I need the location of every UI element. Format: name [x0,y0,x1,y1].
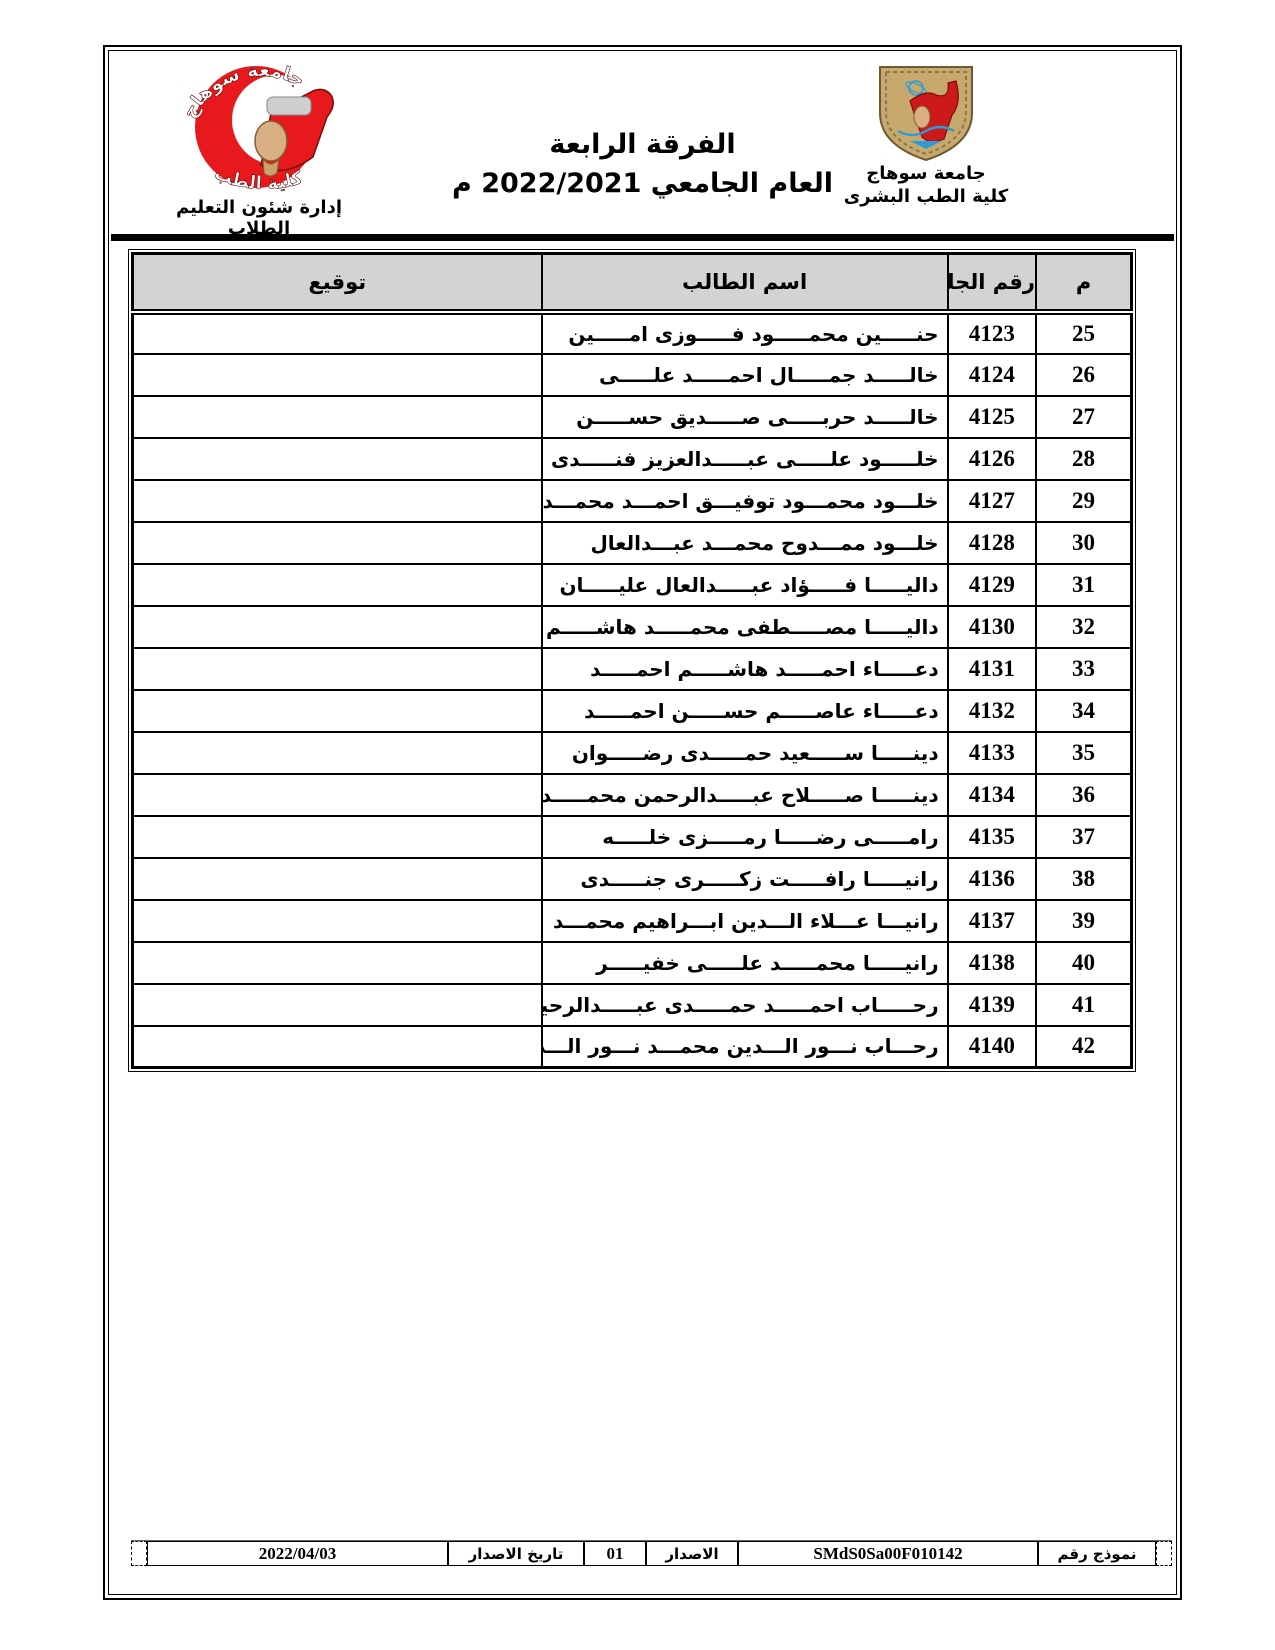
signature-cell [133,396,542,438]
signature-cell [133,690,542,732]
column-header-seat-number: رقم الجلوس [948,254,1036,312]
seat-number: 4133 [948,732,1036,774]
issue-label: الاصدار [646,1541,738,1566]
issue-date-label: تاريخ الاصدار [448,1541,584,1566]
table-row: 36 4134 دينـــــا صـــــلاح عبـــــدالرح… [133,774,1132,816]
table-row: 25 4123 حنـــــين محمـــــود فـــــوزى ا… [133,312,1132,354]
table-row: 35 4133 دينـــــا ســـــعيد حمـــــدى رض… [133,732,1132,774]
table-row: 42 4140 رحـــاب نـــور الـــدين محمـــد … [133,1026,1132,1068]
seat-number: 4137 [948,900,1036,942]
student-name: دينـــــا صـــــلاح عبـــــدالرحمن محمــ… [542,774,948,816]
seat-number: 4136 [948,858,1036,900]
row-index: 26 [1036,354,1131,396]
row-index: 35 [1036,732,1131,774]
department-caption: إدارة شئون التعليم الطلاب [149,197,369,239]
student-name: دعـــــاء عاصـــــم حســـــن احمـــــد [542,690,948,732]
table-row: 39 4137 رانيـــا عـــلاء الـــدين ابـــر… [133,900,1132,942]
row-index: 34 [1036,690,1131,732]
seat-number: 4140 [948,1026,1036,1068]
table-row: 29 4127 خلـــود محمـــود توفيـــق احمـــ… [133,480,1132,522]
row-index: 31 [1036,564,1131,606]
student-name: خالـــــد حربـــــى صـــــديق حســـــن [542,396,948,438]
faculty-name: كلية الطب البشرى [816,186,1036,209]
roster-rows: 25 4123 حنـــــين محمـــــود فـــــوزى ا… [133,312,1132,1068]
form-info-bar: نموذج رقم SMdS0Sa00F010142 الاصدار 01 تا… [131,1540,1172,1566]
row-index: 29 [1036,480,1131,522]
form-number-label: نموذج رقم [1038,1541,1156,1566]
issue-value: 01 [584,1541,646,1566]
student-name: رانيـــــا رافـــــت زكـــــرى جنـــــدى [542,858,948,900]
row-index: 25 [1036,312,1131,354]
signature-cell [133,564,542,606]
column-header-signature: توقيع [133,254,542,312]
row-index: 30 [1036,522,1131,564]
seat-number: 4123 [948,312,1036,354]
seat-number: 4126 [948,438,1036,480]
student-name: خلـــود ممـــدوح محمـــد عبـــدالعال [542,522,948,564]
page-frame: جامعة سوهاج كلية الطب إدارة شئون التعليم… [108,50,1177,1595]
row-index: 40 [1036,942,1131,984]
seat-number: 4134 [948,774,1036,816]
student-name: خلـــود محمـــود توفيـــق احمـــد محمـــ… [542,480,948,522]
form-bar-end-box-right [1156,1541,1172,1566]
seat-number: 4131 [948,648,1036,690]
column-header-student-name: اسم الطالب [542,254,948,312]
seat-number: 4128 [948,522,1036,564]
student-name: حنـــــين محمـــــود فـــــوزى امـــــين [542,312,948,354]
table-row: 38 4136 رانيـــــا رافـــــت زكـــــرى ج… [133,858,1132,900]
signature-cell [133,522,542,564]
table-row: 26 4124 خالـــــد جمـــــال احمـــــد عل… [133,354,1132,396]
signature-cell [133,606,542,648]
seat-number: 4124 [948,354,1036,396]
signature-cell [133,438,542,480]
table-row: 34 4132 دعـــــاء عاصـــــم حســـــن احم… [133,690,1132,732]
table-row: 33 4131 دعـــــاء احمـــــد هاشـــــم اح… [133,648,1132,690]
signature-cell [133,480,542,522]
document-page: جامعة سوهاج كلية الطب إدارة شئون التعليم… [0,0,1275,1650]
student-name: دعـــــاء احمـــــد هاشـــــم احمـــــد [542,648,948,690]
table-row: 28 4126 خلـــــود علـــــى عبـــــدالعزي… [133,438,1132,480]
seat-number: 4125 [948,396,1036,438]
student-name: دينـــــا ســـــعيد حمـــــدى رضـــــوان [542,732,948,774]
seat-number: 4135 [948,816,1036,858]
seat-number: 4139 [948,984,1036,1026]
signature-cell [133,312,542,354]
signature-cell [133,354,542,396]
row-index: 28 [1036,438,1131,480]
row-index: 33 [1036,648,1131,690]
signature-cell [133,774,542,816]
header-divider-rule [111,234,1174,241]
row-index: 27 [1036,396,1131,438]
table-row: 40 4138 رانيـــــا محمـــــد علـــــى خف… [133,942,1132,984]
signature-cell [133,648,542,690]
student-name: رحـــاب نـــور الـــدين محمـــد نـــور ا… [542,1026,948,1068]
seat-number: 4129 [948,564,1036,606]
row-index: 41 [1036,984,1131,1026]
student-name: رانيـــــا محمـــــد علـــــى خفيـــــر [542,942,948,984]
row-index: 38 [1036,858,1131,900]
table-row: 30 4128 خلـــود ممـــدوح محمـــد عبـــدا… [133,522,1132,564]
table-row: 37 4135 رامـــــى رضـــــا رمـــــزى خلـ… [133,816,1132,858]
row-index: 39 [1036,900,1131,942]
form-bar-end-box-left [131,1541,147,1566]
student-name: رحـــــاب احمـــــد حمـــــدى عبـــــدال… [542,984,948,1026]
header-row: م رقم الجلوس اسم الطالب توقيع [133,254,1132,312]
signature-cell [133,942,542,984]
table-row: 27 4125 خالـــــد حربـــــى صـــــديق حس… [133,396,1132,438]
signature-cell [133,900,542,942]
seat-number: 4138 [948,942,1036,984]
university-logo-block: جامعة سوهاج كلية الطب البشرى [816,61,1036,208]
signature-cell [133,858,542,900]
signature-cell [133,984,542,1026]
seat-number: 4130 [948,606,1036,648]
column-header-index: م [1036,254,1131,312]
seat-number: 4127 [948,480,1036,522]
student-name: رانيـــا عـــلاء الـــدين ابـــراهيم محم… [542,900,948,942]
student-name: خالـــــد جمـــــال احمـــــد علـــــى [542,354,948,396]
seat-number: 4132 [948,690,1036,732]
row-index: 32 [1036,606,1131,648]
signature-cell [133,816,542,858]
table-row: 41 4139 رحـــــاب احمـــــد حمـــــدى عب… [133,984,1132,1026]
row-index: 37 [1036,816,1131,858]
student-name: رامـــــى رضـــــا رمـــــزى خلـــــه [542,816,948,858]
roster-table-wrap: م رقم الجلوس اسم الطالب توقيع 25 4123 حن… [128,249,1136,1072]
form-code-value: SMdS0Sa00F010142 [738,1541,1038,1566]
student-name: خلـــــود علـــــى عبـــــدالعزيز فنــــ… [542,438,948,480]
signature-cell [133,1026,542,1068]
row-index: 36 [1036,774,1131,816]
student-roster-table: م رقم الجلوس اسم الطالب توقيع 25 4123 حن… [131,252,1133,1069]
page-frame-outer: جامعة سوهاج كلية الطب إدارة شئون التعليم… [103,45,1182,1600]
student-name: داليـــــا فـــــؤاد عبـــــدالعال عليــ… [542,564,948,606]
university-name: جامعة سوهاج [816,163,1036,186]
table-row: 32 4130 داليـــــا مصـــــطفى محمـــــد … [133,606,1132,648]
row-index: 42 [1036,1026,1131,1068]
signature-cell [133,732,542,774]
issue-date-value: 2022/04/03 [147,1541,448,1566]
table-row: 31 4129 داليـــــا فـــــؤاد عبـــــدالع… [133,564,1132,606]
university-shield-logo-icon [872,61,980,163]
student-name: داليـــــا مصـــــطفى محمـــــد هاشـــــ… [542,606,948,648]
